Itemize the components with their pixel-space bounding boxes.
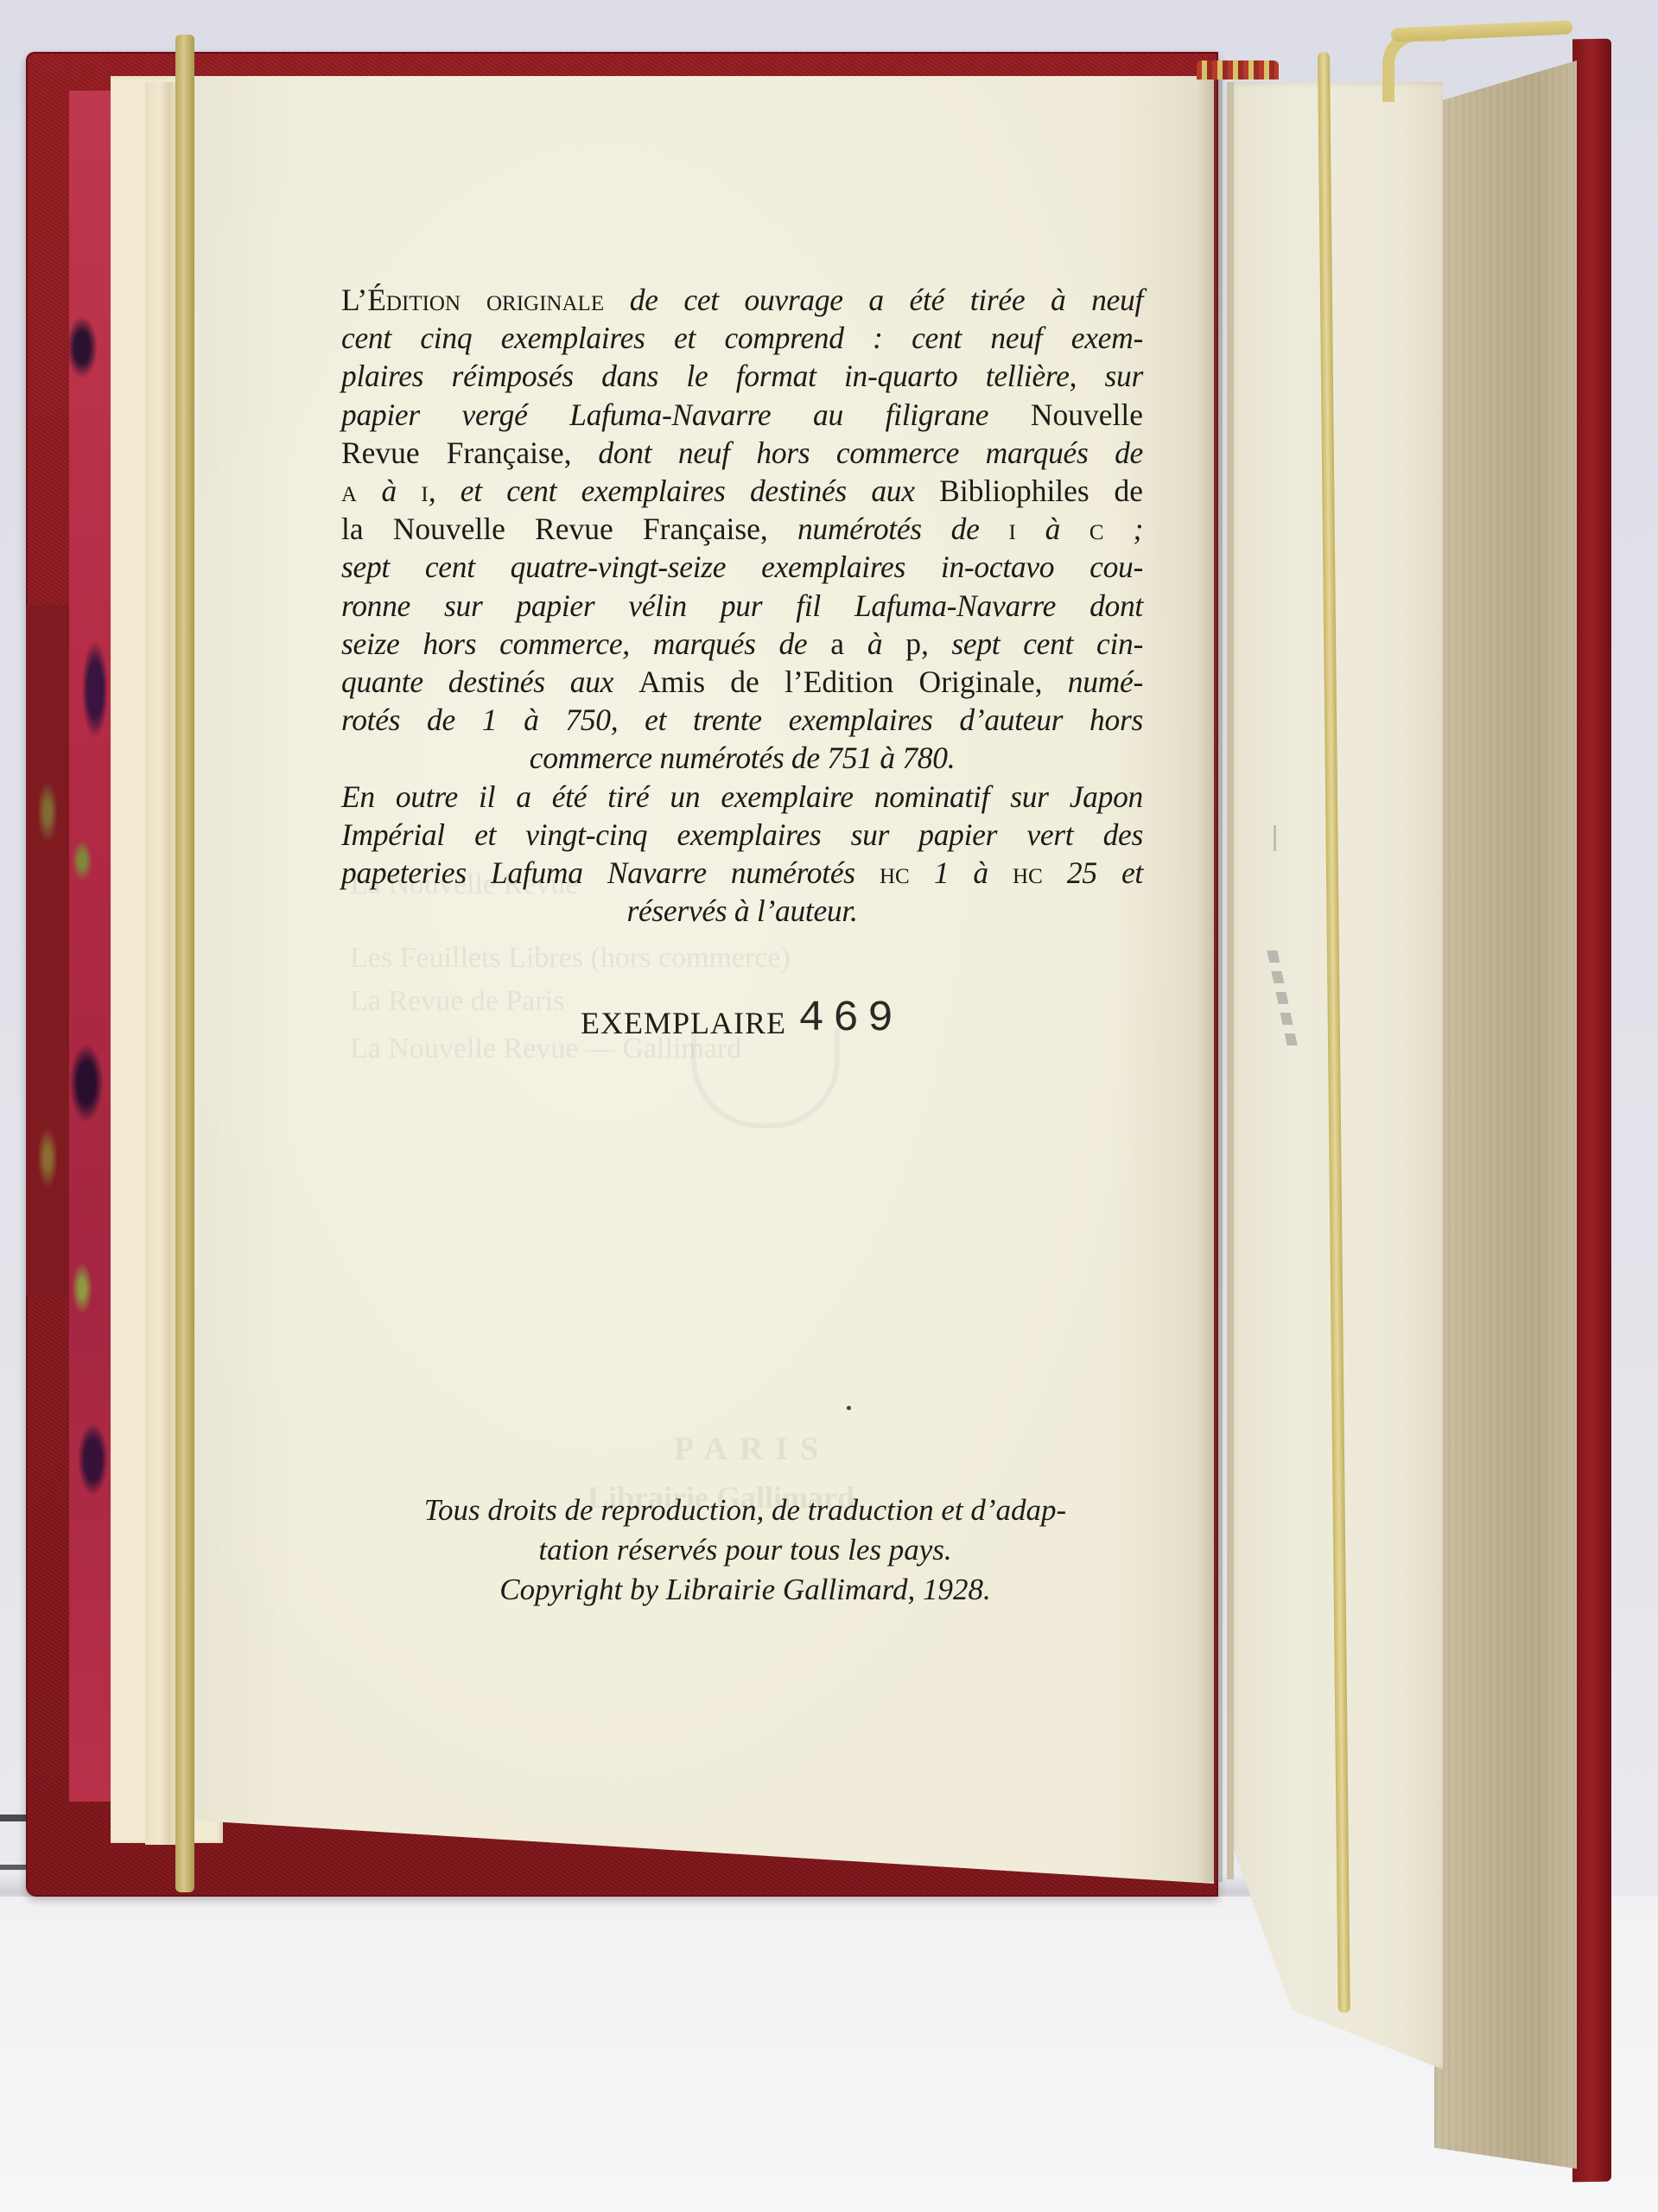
text-run: p <box>905 626 921 661</box>
show-through-line: La Revue de Paris <box>350 985 564 1018</box>
limitation-line: sept cent quatre-vingt-seize exemplaires… <box>341 548 1143 586</box>
text-run: a <box>341 474 357 508</box>
limitation-line: la Nouvelle Revue Française, numérotés d… <box>341 510 1143 548</box>
limitation-line: commerce numérotés de 751 à 780. <box>341 739 1143 777</box>
copyright-line: Copyright by Librairie Gallimard, 1928. <box>341 1570 1149 1610</box>
text-run: à <box>844 626 905 661</box>
text-run: Impérial et vingt-cinq exemplaires sur p… <box>341 817 1143 852</box>
ink-speck <box>847 1406 851 1410</box>
text-run: Revue Française, <box>341 435 598 470</box>
text-run: , sept cent cin- <box>921 626 1143 661</box>
limitation-line: papeteries Lafuma Navarre numérotés hc 1… <box>341 854 1143 892</box>
text-run: à <box>357 474 421 508</box>
limitation-line: ronne sur papier vélin pur fil Lafuma-Na… <box>341 587 1143 625</box>
text-run: quante destinés aux <box>341 664 638 699</box>
text-run: Amis de l’Edition Originale, <box>638 664 1068 699</box>
right-page-mark <box>1274 825 1276 851</box>
text-run: a <box>830 626 844 661</box>
headband <box>1197 60 1279 79</box>
text-run: hc <box>880 855 910 890</box>
text-run: 1 à <box>910 855 1013 890</box>
back-cover-edge <box>1572 39 1611 2183</box>
text-run: cent cinq exemplaires et comprend : cent… <box>341 321 1143 355</box>
text-run: Nouvelle <box>1031 397 1143 432</box>
flyleaf-fold <box>145 82 180 1845</box>
limitation-line: seize hors commerce, marqués de a à p, s… <box>341 625 1143 663</box>
limitation-line: L’Édition originale de cet ouvrage a été… <box>341 281 1143 319</box>
marbled-endpaper <box>69 91 112 1802</box>
text-run: i <box>421 474 428 508</box>
copy-number-stamp: 469 <box>798 995 902 1044</box>
text-run: papeteries Lafuma Navarre numérotés <box>341 855 880 890</box>
limitation-line: a à i, et cent exemplaires destinés aux … <box>341 472 1143 510</box>
text-run: commerce numérotés de 751 à 780. <box>530 741 956 775</box>
text-run: Bibliophiles de <box>939 474 1143 508</box>
text-run: 25 et <box>1043 855 1143 890</box>
text-run: ; <box>1104 512 1143 546</box>
text-run: hc <box>1013 855 1043 890</box>
text-run: L’ <box>341 283 367 317</box>
limitation-line: réservés à l’auteur. <box>341 892 1143 930</box>
limitation-line: papier vergé Lafuma-Navarre au filigrane… <box>341 396 1143 434</box>
text-run: numé- <box>1068 664 1143 699</box>
limitation-line: Revue Française, dont neuf hors commerce… <box>341 434 1143 472</box>
text-run: à <box>1016 512 1089 546</box>
text-run: réservés à l’auteur. <box>626 893 857 928</box>
limitation-line: rotés de 1 à 750, et trente exemplaires … <box>341 701 1143 739</box>
page-block-edge <box>1434 60 1577 2169</box>
text-run: de cet ouvrage a été tirée à neuf <box>604 283 1143 317</box>
elastic-band-top <box>1391 20 1572 41</box>
text-run: papier vergé Lafuma-Navarre au filigrane <box>341 397 1031 432</box>
limitation-statement: L’Édition originale de cet ouvrage a été… <box>341 281 1143 930</box>
gutter-shadow <box>1197 76 1223 1882</box>
limitation-line: quante destinés aux Amis de l’Edition Or… <box>341 663 1143 701</box>
text-run: c <box>1089 512 1104 546</box>
text-run: la Nouvelle Revue Française, <box>341 512 797 546</box>
text-run: Édition originale <box>367 283 604 317</box>
text-run: ronne sur papier vélin pur fil Lafuma-Na… <box>341 588 1143 623</box>
elastic-band-left <box>175 35 194 1892</box>
text-run: rotés de 1 à 750, et trente exemplaires … <box>341 702 1143 737</box>
text-run: dont neuf hors commerce marqués de <box>598 435 1143 470</box>
rights-line: tation réservés pour tous les pays. <box>341 1530 1149 1570</box>
rights-notice: Tous droits de reproduction, de traducti… <box>341 1491 1149 1610</box>
limitation-line: plaires réimposés dans le format in-quar… <box>341 357 1143 395</box>
marbled-edge <box>26 605 69 1296</box>
text-run: , et cent exemplaires destinés aux <box>429 474 939 508</box>
text-run: numérotés de <box>797 512 1009 546</box>
copy-label: EXEMPLAIRE <box>581 1006 786 1040</box>
copy-number-line: EXEMPLAIRE469 <box>581 998 902 1047</box>
text-run: i <box>1008 512 1015 546</box>
text-run: seize hors commerce, marqués de <box>341 626 830 661</box>
text-run: plaires réimposés dans le format in-quar… <box>341 359 1143 393</box>
text-run: sept cent quatre-vingt-seize exemplaires… <box>341 550 1143 584</box>
limitation-line: En outre il a été tiré un exemplaire nom… <box>341 778 1143 816</box>
limitation-line: cent cinq exemplaires et comprend : cent… <box>341 319 1143 357</box>
show-through-paris: PARIS <box>674 1430 830 1468</box>
limitation-line: Impérial et vingt-cinq exemplaires sur p… <box>341 816 1143 854</box>
show-through-line: Les Feuillets Libres (hors commerce) <box>350 942 791 975</box>
right-page-gutter <box>1227 82 1234 1879</box>
text-run: En outre il a été tiré un exemplaire nom… <box>341 779 1143 814</box>
rights-line: Tous droits de reproduction, de traducti… <box>341 1491 1149 1530</box>
